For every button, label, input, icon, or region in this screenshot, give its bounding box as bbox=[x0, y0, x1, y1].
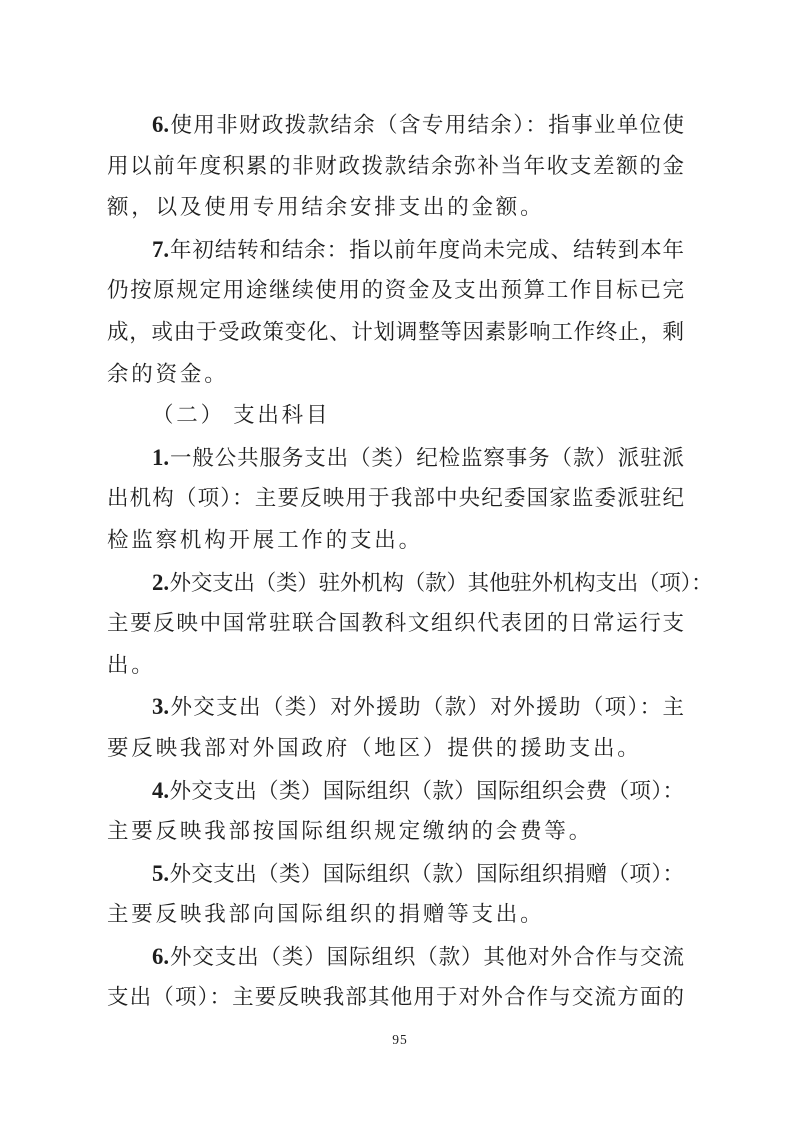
text-line: 额，以及使用专用结余安排支出的金额。 bbox=[107, 187, 684, 229]
text-line: 出。 bbox=[107, 645, 684, 687]
paragraph-number: 5. bbox=[152, 861, 169, 886]
paragraph: 1.一般公共服务支出（类）纪检监察事务（款）派驻派 出机构（项）：主要反映用于我… bbox=[107, 437, 684, 562]
line-text: 外交支出（类）驻外机构（款）其他驻外机构支出（项）： bbox=[169, 571, 712, 595]
document-page: 6.使用非财政拨款结余（含专用结余）：指事业单位使 用以前年度积累的非财政拨款结… bbox=[0, 0, 800, 1131]
text-line: 支出（项）：主要反映我部其他用于对外合作与交流方面的 bbox=[107, 977, 684, 1019]
text-line: 检监察机构开展工作的支出。 bbox=[107, 520, 684, 562]
page-number: 95 bbox=[0, 1031, 800, 1049]
line-text: 主要反映我部按国际组织规定缴纳的会费等。 bbox=[107, 819, 593, 843]
text-line: 仍按原规定用途继续使用的资金及支出预算工作目标已完 bbox=[107, 270, 684, 312]
line-text: 支出（项）：主要反映我部其他用于对外合作与交流方面的 bbox=[107, 985, 684, 1009]
paragraph: 7.年初结转和结余：指以前年度尚未完成、结转到本年 仍按原规定用途继续使用的资金… bbox=[107, 229, 684, 395]
line-text: 主要反映我部向国际组织的捐赠等支出。 bbox=[107, 902, 544, 926]
text-line: 1.一般公共服务支出（类）纪检监察事务（款）派驻派 bbox=[107, 437, 684, 479]
line-text: 要反映我部对外国政府（地区）提供的援助支出。 bbox=[107, 736, 642, 760]
line-text: 外交支出（类）对外援助（款）对外援助（项）：主 bbox=[169, 695, 684, 719]
section-heading: （二） 支出科目 bbox=[107, 395, 684, 437]
line-text: 出机构（项）：主要反映用于我部中央纪委国家监委派驻纪 bbox=[107, 486, 684, 510]
paragraph-number: 6. bbox=[152, 944, 169, 969]
line-text: 主要反映中国常驻联合国教科文组织代表团的日常运行支 bbox=[107, 611, 684, 635]
line-text: 用以前年度积累的非财政拨款结余弥补当年收支差额的金 bbox=[107, 154, 684, 178]
paragraph: 3.外交支出（类）对外援助（款）对外援助（项）：主 要反映我部对外国政府（地区）… bbox=[107, 686, 684, 769]
text-line: 主要反映中国常驻联合国教科文组织代表团的日常运行支 bbox=[107, 603, 684, 645]
text-line: 出机构（项）：主要反映用于我部中央纪委国家监委派驻纪 bbox=[107, 478, 684, 520]
line-text: 额，以及使用专用结余安排支出的金额。 bbox=[107, 195, 544, 219]
paragraph: 6.外交支出（类）国际组织（款）其他对外合作与交流 支出（项）：主要反映我部其他… bbox=[107, 936, 684, 1019]
text-line: 用以前年度积累的非财政拨款结余弥补当年收支差额的金 bbox=[107, 146, 684, 188]
paragraph-number: 6. bbox=[152, 112, 169, 137]
text-line: 余的资金。 bbox=[107, 354, 684, 396]
line-text: 检监察机构开展工作的支出。 bbox=[107, 528, 423, 552]
text-line: 7.年初结转和结余：指以前年度尚未完成、结转到本年 bbox=[107, 229, 684, 271]
text-line: 要反映我部对外国政府（地区）提供的援助支出。 bbox=[107, 728, 684, 770]
line-text: 出。 bbox=[107, 653, 156, 677]
text-line: 成，或由于受政策变化、计划调整等因素影响工作终止，剩 bbox=[107, 312, 684, 354]
paragraph: 4.外交支出（类）国际组织（款）国际组织会费（项）： 主要反映我部按国际组织规定… bbox=[107, 770, 684, 853]
paragraph: 2.外交支出（类）驻外机构（款）其他驻外机构支出（项）： 主要反映中国常驻联合国… bbox=[107, 562, 684, 687]
line-text: 使用非财政拨款结余（含专用结余）：指事业单位使 bbox=[169, 113, 684, 137]
paragraph-number: 2. bbox=[152, 570, 169, 595]
line-text: 成，或由于受政策变化、计划调整等因素影响工作终止，剩 bbox=[107, 320, 684, 344]
line-text: 年初结转和结余：指以前年度尚未完成、结转到本年 bbox=[169, 238, 684, 262]
line-text: 外交支出（类）国际组织（款）国际组织捐赠（项）： bbox=[169, 862, 684, 886]
line-text: （二） 支出科目 bbox=[152, 403, 330, 427]
paragraph-number: 7. bbox=[152, 237, 169, 262]
document-body: 6.使用非财政拨款结余（含专用结余）：指事业单位使 用以前年度积累的非财政拨款结… bbox=[107, 104, 684, 1019]
paragraph-number: 1. bbox=[152, 445, 169, 470]
text-line: 主要反映我部按国际组织规定缴纳的会费等。 bbox=[107, 811, 684, 853]
paragraph-number: 4. bbox=[152, 778, 169, 803]
text-line: 5.外交支出（类）国际组织（款）国际组织捐赠（项）： bbox=[107, 853, 684, 895]
text-line: 主要反映我部向国际组织的捐赠等支出。 bbox=[107, 894, 684, 936]
text-line: 4.外交支出（类）国际组织（款）国际组织会费（项）： bbox=[107, 770, 684, 812]
text-line: 3.外交支出（类）对外援助（款）对外援助（项）：主 bbox=[107, 686, 684, 728]
text-line: 6.使用非财政拨款结余（含专用结余）：指事业单位使 bbox=[107, 104, 684, 146]
line-text: 外交支出（类）国际组织（款）其他对外合作与交流 bbox=[169, 945, 684, 969]
line-text: 外交支出（类）国际组织（款）国际组织会费（项）： bbox=[169, 779, 684, 803]
paragraph: 6.使用非财政拨款结余（含专用结余）：指事业单位使 用以前年度积累的非财政拨款结… bbox=[107, 104, 684, 229]
text-line: 2.外交支出（类）驻外机构（款）其他驻外机构支出（项）： bbox=[107, 562, 712, 604]
line-text: 仍按原规定用途继续使用的资金及支出预算工作目标已完 bbox=[107, 278, 684, 302]
text-line: 6.外交支出（类）国际组织（款）其他对外合作与交流 bbox=[107, 936, 684, 978]
paragraph-number: 3. bbox=[152, 694, 169, 719]
line-text: 一般公共服务支出（类）纪检监察事务（款）派驻派 bbox=[169, 446, 684, 470]
paragraph: 5.外交支出（类）国际组织（款）国际组织捐赠（项）： 主要反映我部向国际组织的捐… bbox=[107, 853, 684, 936]
text-line: （二） 支出科目 bbox=[107, 395, 684, 437]
line-text: 余的资金。 bbox=[107, 362, 229, 386]
